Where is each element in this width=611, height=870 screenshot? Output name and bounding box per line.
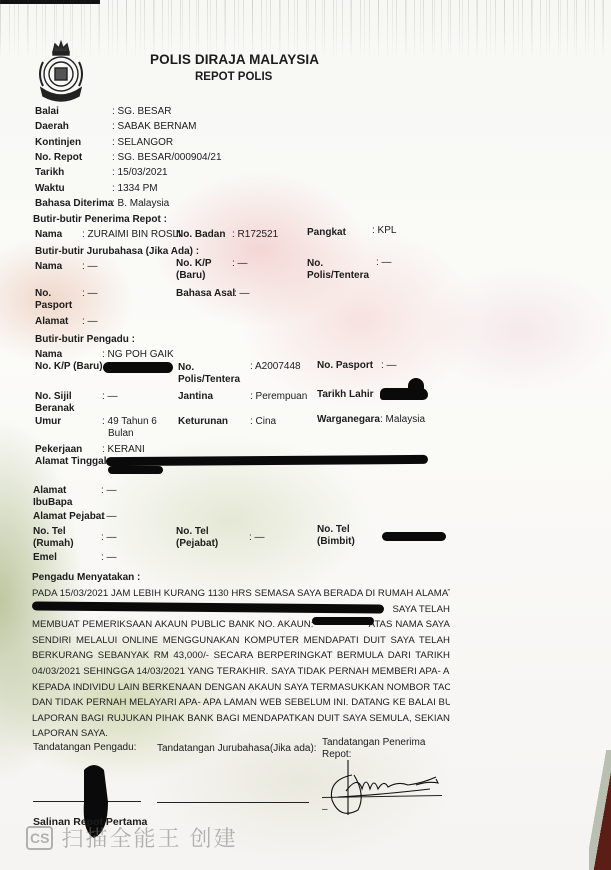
report-info-value: : SABAK BERNAM: [112, 121, 196, 133]
receiver-section-title: Butir-butir Penerima Repot :: [33, 214, 167, 225]
watermark-text: 扫描全能王 创建: [61, 826, 237, 851]
complainant-parent-addr-value: : —: [101, 485, 117, 497]
complainant-gender-label: Jantina: [178, 391, 213, 403]
interpreter-ic-value: : —: [232, 258, 248, 270]
interpreter-police-label-2: Polis/Tentera: [307, 270, 369, 281]
report-info-value: : SG. BESAR: [112, 106, 171, 118]
complainant-dob-label: Tarikh Lahir: [317, 389, 374, 401]
complainant-birthcert-label: No. SijilBeranak: [35, 391, 74, 415]
statement-line: SENDIRI MELALUI ONLINE MENGGUNAKAN KOMPU…: [32, 633, 450, 649]
report-info-label: Kontinjen: [35, 137, 81, 149]
interpreter-name-value: : —: [82, 261, 98, 273]
org-title: POLIS DIRAJA MALAYSIA: [150, 52, 319, 67]
redaction-dob-mark: [408, 378, 424, 400]
tel-mobile-label: No. Tel(Bimbit): [317, 524, 355, 548]
receiver-name-label: Nama: [35, 229, 62, 241]
tel-office-label-1: No. Tel: [176, 526, 209, 537]
complainant-age-value: : 49 Tahun 6Bulan: [102, 416, 157, 440]
complainant-home-label: Alamat Tinggal: [35, 456, 107, 468]
interpreter-police-label: No.Polis/Tentera: [307, 258, 369, 282]
complainant-office-addr-label: Alamat Pejabat: [33, 511, 105, 523]
interpreter-passport-value: : —: [82, 288, 98, 300]
complainant-police-label-2: Polis/Tentera: [178, 374, 240, 385]
tel-office-value: : —: [249, 532, 265, 544]
interpreter-name-label: Nama: [35, 261, 62, 273]
tel-office-label-2: (Pejabat): [176, 538, 218, 549]
report-info-label: Balai: [35, 106, 59, 118]
tel-home-value: : —: [101, 532, 117, 544]
receiver-badge-label: No. Badan: [176, 229, 225, 241]
complainant-section-title: Butir-butir Pengadu :: [35, 334, 135, 345]
report-info-value: : SELANGOR: [112, 137, 173, 149]
complainant-race-value: : Cina: [250, 416, 276, 428]
complainant-ic-label: No. K/P (Baru): [35, 361, 103, 373]
complainant-race-label: Keturunan: [178, 416, 228, 428]
complainant-age-value-2: Bulan: [102, 428, 134, 439]
complainant-job-label: Pekerjaan: [35, 444, 82, 456]
statement-line: 04/03/2021 SEHINGGA 14/03/2021 YANG TERA…: [32, 664, 450, 680]
interpreter-ic-label: No. K/P(Baru): [176, 258, 212, 282]
redaction-home-address: [106, 455, 428, 466]
complainant-police-value: : A2007448: [250, 361, 301, 373]
tel-home-label: No. Tel(Rumah): [33, 526, 74, 550]
complainant-signature-label: Tandatangan Pengadu:: [33, 742, 136, 754]
interpreter-police-label-1: No.: [307, 258, 323, 269]
redaction-home-address-2: [108, 466, 163, 474]
complainant-birthcert-label-1: No. Sijil: [35, 391, 72, 402]
police-crest-icon: [33, 38, 89, 104]
interpreter-ic-label-1: No. K/P: [176, 258, 212, 269]
report-info-label: Tarikh: [35, 167, 64, 179]
tel-home-label-1: No. Tel: [33, 526, 66, 537]
receiver-name-value: : ZURAIMI BIN ROSLI: [82, 229, 181, 241]
interpreter-passport-label-1: No.: [35, 288, 51, 299]
receiver-signature-label-1: Tandatangan Penerima: [322, 737, 425, 748]
redaction-ic: [103, 362, 173, 373]
complainant-job-value: : KERANI: [102, 444, 145, 456]
complainant-birthcert-value: : —: [102, 391, 118, 403]
report-info-label: Bahasa Diterima: [35, 198, 113, 210]
scan-noise: [0, 0, 611, 60]
receiver-rank-value: : KPL: [372, 225, 396, 237]
statement-line: KEPADA INDIVIDU LAIN BERKENAAN DENGAN AK…: [32, 680, 450, 696]
report-info-value: : B. Malaysia: [112, 198, 169, 210]
interpreter-address-value: : —: [82, 316, 98, 328]
interpreter-signature-line: [157, 802, 309, 803]
tel-mobile-label-1: No. Tel: [317, 524, 350, 535]
complainant-parent-addr-label-1: Alamat: [33, 485, 66, 496]
statement-line: MEMBUAT PEMERIKSAAN AKAUN PUBLIC BANK NO…: [32, 617, 450, 633]
camscanner-logo-icon: CS: [26, 826, 53, 850]
complainant-gender-value: : Perempuan: [250, 391, 307, 403]
complainant-office-addr-value: : —: [101, 511, 117, 523]
interpreter-passport-label: No.Pasport: [35, 288, 72, 312]
statement-line: PADA 15/03/2021 JAM LEBIH KURANG 1130 HR…: [32, 586, 450, 602]
statement-line: DAN TIDAK PERNAH MELAYARI APA- APA LAMAN…: [32, 695, 450, 711]
complainant-age-value-1: : 49 Tahun 6: [102, 416, 157, 427]
email-label: Emel: [33, 552, 57, 564]
complainant-name-label: Nama: [35, 349, 62, 361]
receiver-badge-value: : R172521: [232, 229, 278, 241]
report-info-value: : 1334 PM: [112, 183, 158, 195]
complainant-passport-label: No. Pasport: [317, 360, 373, 372]
tel-office-label: No. Tel(Pejabat): [176, 526, 218, 550]
complainant-police-label-1: No.: [178, 362, 194, 373]
report-info-value: : SG. BESAR/000904/21: [112, 152, 222, 164]
complainant-parent-addr-label-2: IbuBapa: [33, 497, 72, 508]
interpreter-address-label: Alamat: [35, 316, 68, 328]
email-value: : —: [101, 552, 117, 564]
doc-title: REPOT POLIS: [195, 71, 272, 83]
complainant-birthcert-label-2: Beranak: [35, 403, 74, 414]
redaction-account-number: [312, 617, 374, 625]
redaction-mobile: [382, 532, 446, 541]
interpreter-lang-value: : —: [234, 288, 250, 300]
report-info-label: Daerah: [35, 121, 69, 133]
complainant-name-value: : NG POH GAIK: [102, 349, 174, 361]
report-info-label: No. Repot: [35, 152, 82, 164]
receiver-rank-label: Pangkat: [307, 227, 346, 239]
complainant-police-label: No.Polis/Tentera: [178, 362, 240, 386]
interpreter-passport-label-2: Pasport: [35, 300, 72, 311]
report-info-value: : 15/03/2021: [112, 167, 168, 179]
interpreter-signature-label: Tandatangan Jurubahasa(Jika ada):: [157, 743, 317, 755]
tel-home-label-2: (Rumah): [33, 538, 74, 549]
statement-line: LAPORAN BAGI RUJUKAN PIHAK BANK BAGI MEN…: [32, 711, 450, 727]
complainant-age-label: Umur: [35, 416, 61, 428]
interpreter-ic-label-2: (Baru): [176, 270, 205, 281]
complainant-passport-value: : —: [381, 360, 397, 372]
top-edge-shadow: [0, 0, 100, 4]
tel-mobile-label-2: (Bimbit): [317, 536, 355, 547]
receiver-signature: [318, 755, 458, 820]
interpreter-section-title: Butir-butir Jurubahasa (Jika Ada) :: [35, 246, 199, 257]
complainant-parent-addr-label: AlamatIbuBapa: [33, 485, 72, 509]
interpreter-lang-label: Bahasa Asal: [176, 288, 235, 300]
statement-section-title: Pengadu Menyatakan :: [32, 572, 140, 583]
complainant-nationality-value: : Malaysia: [380, 414, 425, 426]
complainant-nationality-label: Warganegara: [317, 414, 380, 426]
camscanner-watermark: CS扫描全能王 创建: [26, 822, 238, 853]
statement-line: BERKURANG SEBANYAK RM 43,000/- SECARA BE…: [32, 648, 450, 664]
report-info-label: Waktu: [35, 183, 65, 195]
interpreter-police-value: : —: [376, 257, 392, 269]
page-fold-edge: [589, 750, 611, 870]
